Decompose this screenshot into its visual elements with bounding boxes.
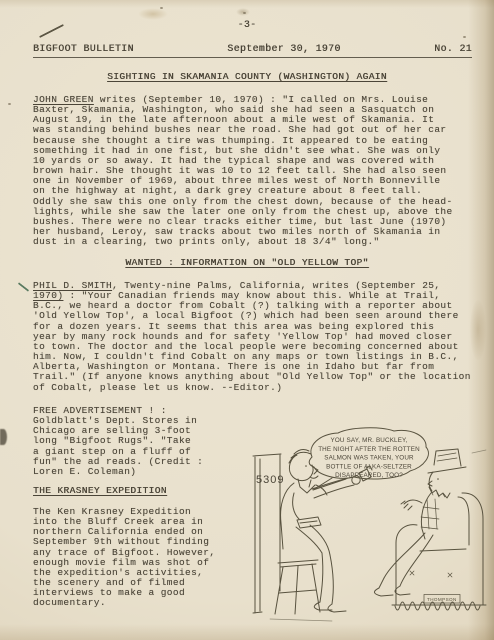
paper-speck: [463, 36, 466, 38]
ink-smudge: [0, 429, 7, 445]
wall-number: 5309: [256, 474, 284, 486]
section-heading-yellow-top: WANTED : INFORMATION ON "OLD YELLOW TOP": [0, 258, 494, 268]
section-heading-krasney: THE KRASNEY EXPEDITION: [33, 486, 167, 496]
bubble-text: YOU SAY, MR. BUCKLEY,: [331, 437, 408, 444]
artist-signature: THOMPSON: [427, 597, 457, 602]
article-yellow-top-body: : "Your Canadian friends may know about …: [33, 290, 471, 392]
speech-bubble: YOU SAY, MR. BUCKLEY, THE NIGHT AFTER TH…: [309, 428, 428, 490]
bubble-text: THE NIGHT AFTER THE ROTTEN: [318, 446, 420, 453]
issue-date: September 30, 1970: [227, 43, 340, 54]
paper-edge-shading-top: [0, 0, 494, 8]
cartoon-illustration: 5309 YOU SAY, MR. BUCKLEY, THE NIGHT AFT…: [250, 423, 490, 640]
article-free-advertisement: FREE ADVERTISEMENT ! : Goldblatt's Dept.…: [33, 406, 245, 477]
masthead: BIGFOOT BULLETIN September 30, 1970 No. …: [33, 43, 472, 58]
stray-mark: [472, 450, 486, 453]
pen-mark: [18, 282, 29, 292]
article-sighting-body: writes (September 10, 1970) : "I called …: [33, 94, 453, 247]
wall-panel: 5309: [253, 454, 284, 613]
article-sighting: JOHN GREEN writes (September 10, 1970) :…: [33, 95, 485, 247]
newsletter-page: -3- BIGFOOT BULLETIN September 30, 1970 …: [0, 0, 494, 640]
newsletter-title: BIGFOOT BULLETIN: [33, 43, 134, 54]
issue-number: No. 21: [434, 43, 472, 54]
section-heading-sighting: SIGHTING IN SKAMANIA COUNTY (WASHINGTON)…: [0, 72, 494, 82]
cartoon-drawing: 5309 YOU SAY, MR. BUCKLEY, THE NIGHT AFT…: [250, 423, 490, 640]
article-yellow-top: PHIL D. SMITH, Twenty-nine Palms, Califo…: [33, 281, 491, 393]
bubble-text: SALMON WAS TAKEN, YOUR: [324, 455, 414, 462]
paper-speck: [8, 103, 11, 105]
page-number: -3-: [0, 19, 494, 30]
article-krasney: The Ken Krasney Expedition into the Bluf…: [33, 507, 245, 609]
